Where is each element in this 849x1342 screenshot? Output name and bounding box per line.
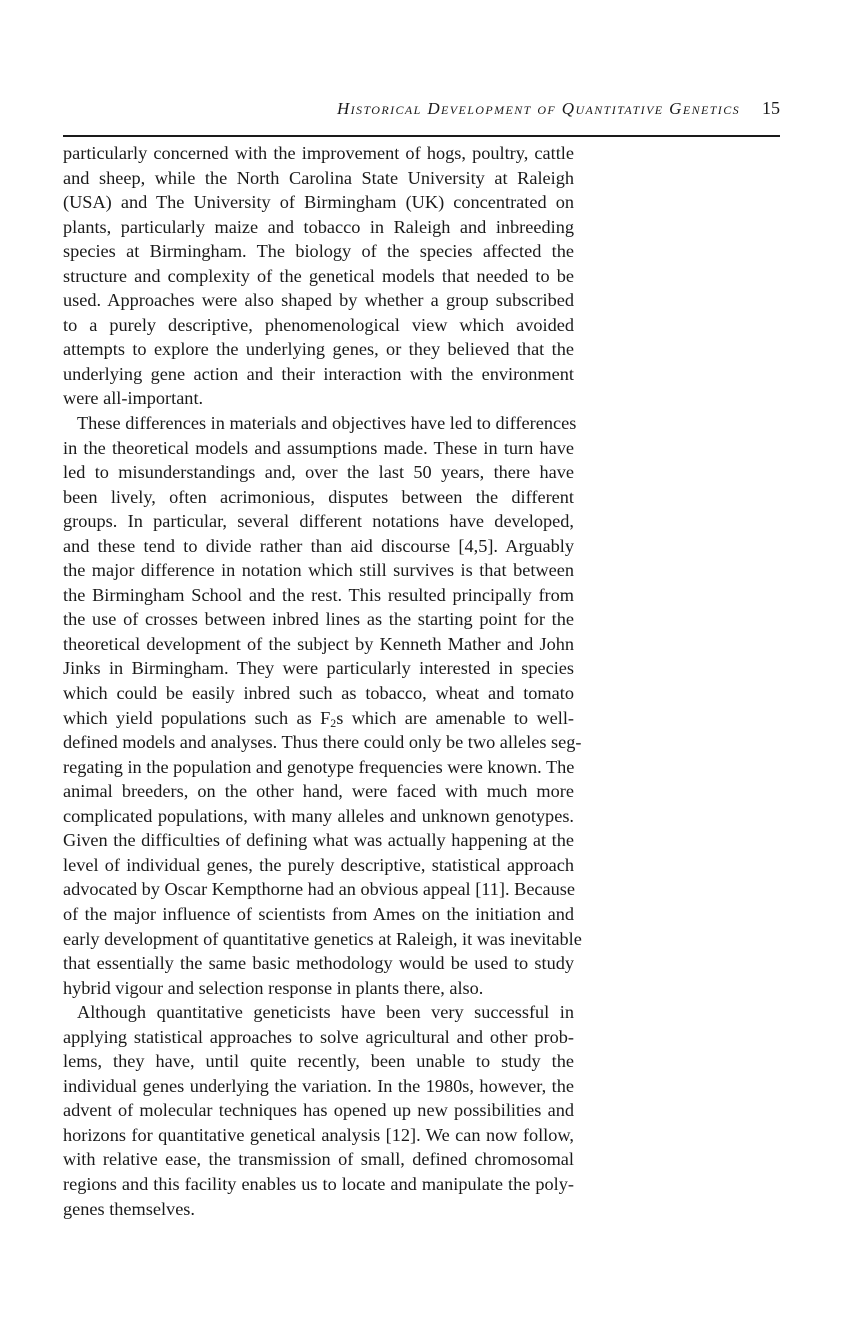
running-head: Historical Development of Quantitative G… (240, 98, 780, 128)
text-line: plants, particularly maize and tobacco i… (63, 215, 574, 240)
text-line: lems, they have, until quite recently, b… (63, 1049, 574, 1074)
header-rule (63, 135, 780, 137)
chapter-title: Historical Development of Quantitative G… (337, 99, 740, 119)
text-line: level of individual genes, the purely de… (63, 853, 574, 878)
text-line: regions and this facility enables us to … (63, 1172, 574, 1197)
text-line: theoretical development of the subject b… (63, 632, 574, 657)
text-line: defined models and analyses. Thus there … (63, 730, 574, 755)
text-line: been lively, often acrimonious, disputes… (63, 485, 574, 510)
text-line: structure and complexity of the genetica… (63, 264, 574, 289)
text-line: to a purely descriptive, phenomenologica… (63, 313, 574, 338)
paragraph: Although quantitative geneticists have b… (63, 1000, 574, 1221)
text-line: horizons for quantitative genetical anal… (63, 1123, 574, 1148)
text-line: applying statistical approaches to solve… (63, 1025, 574, 1050)
text-line: were all-important. (63, 386, 574, 411)
text-line: Given the difficulties of defining what … (63, 828, 574, 853)
text-line: complicated populations, with many allel… (63, 804, 574, 829)
text-line: early development of quantitative geneti… (63, 927, 574, 952)
paragraph: particularly concerned with the improvem… (63, 141, 574, 411)
text-line: the use of crosses between inbred lines … (63, 607, 574, 632)
text-line: of the major influence of scientists fro… (63, 902, 574, 927)
text-line: advent of molecular techniques has opene… (63, 1098, 574, 1123)
text-line: led to misunderstandings and, over the l… (63, 460, 574, 485)
text-line: species at Birmingham. The biology of th… (63, 239, 574, 264)
text-line: and sheep, while the North Carolina Stat… (63, 166, 574, 191)
text-line: animal breeders, on the other hand, were… (63, 779, 574, 804)
text-line: in the theoretical models and assumption… (63, 436, 574, 461)
text-line: which yield populations such as F2s whic… (63, 706, 574, 731)
text-line: Although quantitative geneticists have b… (63, 1000, 574, 1025)
text-line: which could be easily inbred such as tob… (63, 681, 574, 706)
text-line: the major difference in notation which s… (63, 558, 574, 583)
text-line: the Birmingham School and the rest. This… (63, 583, 574, 608)
paragraph: These differences in materials and objec… (63, 411, 574, 1000)
text-line: groups. In particular, several different… (63, 509, 574, 534)
text-line: attempts to explore the underlying genes… (63, 337, 574, 362)
text-line: regating in the population and genotype … (63, 755, 574, 780)
body-text: particularly concerned with the improvem… (63, 141, 574, 1221)
text-line: and these tend to divide rather than aid… (63, 534, 574, 559)
text-line: with relative ease, the transmission of … (63, 1147, 574, 1172)
text-line: particularly concerned with the improvem… (63, 141, 574, 166)
text-line: (USA) and The University of Birmingham (… (63, 190, 574, 215)
text-line: underlying gene action and their interac… (63, 362, 574, 387)
text-line: advocated by Oscar Kempthorne had an obv… (63, 877, 574, 902)
page-number: 15 (762, 98, 780, 119)
text-line: used. Approaches were also shaped by whe… (63, 288, 574, 313)
text-line: hybrid vigour and selection response in … (63, 976, 574, 1001)
text-line: These differences in materials and objec… (63, 411, 574, 436)
text-line: Jinks in Birmingham. They were particula… (63, 656, 574, 681)
text-line: genes themselves. (63, 1197, 574, 1222)
text-line: that essentially the same basic methodol… (63, 951, 574, 976)
text-line: individual genes underlying the variatio… (63, 1074, 574, 1099)
